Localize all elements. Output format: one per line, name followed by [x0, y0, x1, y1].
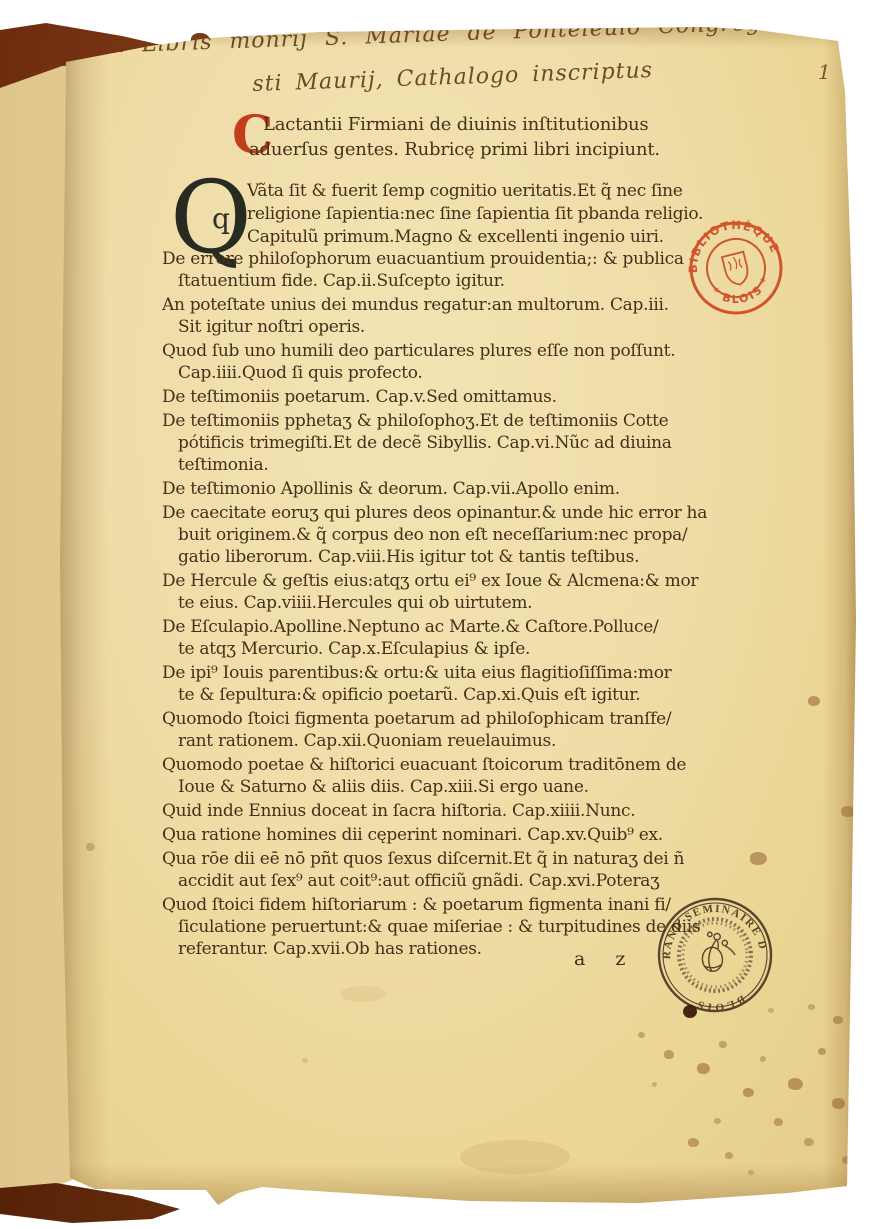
chapter-entry-line: teſtimonia.: [162, 454, 707, 476]
chapter-entry-line: De teſtimoniis poetarum. Cap.v.Sed omitt…: [162, 386, 707, 408]
foxing-spot: [688, 1138, 699, 1147]
chapter-entry: An poteſtate unius dei mundus regatur:an…: [162, 294, 707, 338]
foxing-spot: [768, 1008, 774, 1013]
stain: [750, 852, 767, 865]
seminary-stamp-icon: GRAND SÉMINAIRE DE BLOIS: [647, 887, 783, 1023]
foxing-spot: [842, 1156, 851, 1164]
chapter-entry-line: te eius. Cap.viiii.Hercules qui ob uirtu…: [162, 592, 707, 614]
chapter-entry: Qua ratione homines dii cęperint nominar…: [162, 824, 707, 846]
chapter-entry-line: gatio liberorum. Cap.viii.His igitur tot…: [162, 546, 707, 568]
rubric-line2: aduerſus gentes. Rubricę primi libri inc…: [249, 139, 660, 160]
chapter-entry: Quomodo ſtoici figmenta poetarum ad phil…: [162, 708, 707, 752]
chapter-entry: De caecitate eoruʒ qui plures deos opina…: [162, 502, 707, 568]
foxing-spot: [714, 1118, 721, 1124]
chapter-entry-line: Quod ſtoici fidem hiſtoriarum : & poetar…: [162, 894, 707, 916]
chapter-entry: De teſtimoniis poetarum. Cap.v.Sed omitt…: [162, 386, 707, 408]
library-stamp-text-bottom: * BLOIS *: [707, 271, 778, 313]
foxing-spot: [808, 1004, 815, 1010]
foxing-spot: [760, 1056, 766, 1062]
chapter-entry: De errore philoſophorum euacuantium prou…: [162, 248, 707, 292]
chapter-entry-line: Ioue & Saturno & aliis diis. Cap.xiii.Si…: [162, 776, 707, 798]
guide-letter: q: [212, 202, 230, 235]
chapter-entry: Quod ſub uno humili deo particulares plu…: [162, 340, 707, 384]
chapter-entry-line: Sit igitur noſtri operis.: [162, 316, 707, 338]
water-stain: [460, 1140, 570, 1174]
foxing-spot: [652, 1082, 657, 1087]
book-photo: Ex Libris monrij S. Mariae de Ponteleuio…: [0, 0, 886, 1229]
wreath-icon: [675, 915, 754, 994]
ink-blot: [683, 1005, 697, 1018]
handwritten-ex-libris-line2: sti Maurij, Cathalogo inscriptus: [252, 58, 653, 97]
chapter-entry-line: rant rationem. Cap.xii.Quoniam reuelauim…: [162, 730, 707, 752]
chapter-entry-line: De errore philoſophorum euacuantium prou…: [162, 248, 707, 270]
seminary-stamp-text-bottom: BLOIS: [692, 992, 748, 1016]
svg-text:* BLOIS *: * BLOIS *: [707, 271, 778, 313]
svg-text:BLOIS: BLOIS: [692, 992, 748, 1016]
chapter-entry: Quid inde Ennius doceat in ſacra hiſtori…: [162, 800, 707, 822]
book-page: Ex Libris monrij S. Mariae de Ponteleuio…: [0, 0, 886, 1229]
foxing-spot: [788, 1078, 803, 1090]
foxing-spot: [832, 1098, 845, 1109]
chapter-entry-line: Quomodo ſtoici figmenta poetarum ad phil…: [162, 708, 707, 730]
foxing-spot: [638, 1032, 645, 1038]
foxing-spot: [664, 1050, 674, 1059]
foxing-spot: [774, 1118, 783, 1126]
stain: [86, 843, 95, 851]
floral-emblem-icon: [700, 930, 737, 972]
foxing-spot: [697, 1063, 710, 1074]
shield-icon: [722, 252, 751, 287]
chapter-list: De errore philoſophorum euacuantium prou…: [162, 248, 707, 962]
rubric-line1: Lactantii Firmiani de diuinis inſtitutio…: [263, 114, 648, 135]
chapter-entry-line: De teſtimonio Apollinis & deorum. Cap.vi…: [162, 478, 707, 500]
stain: [808, 696, 820, 706]
foxing-spot: [833, 1016, 843, 1024]
foxing-spot: [804, 1138, 814, 1146]
chapter-entry: De ipi⁹ Iouis parentibus:& ortu:& uita e…: [162, 662, 707, 706]
handwritten-folio-number: 1: [818, 60, 831, 84]
foxing-spot: [725, 1152, 733, 1159]
chapter-entry-line: te & ſepultura:& opificio poetarũ. Cap.x…: [162, 684, 707, 706]
chapter-entry-line: De teſtimoniis pphetaʒ & philoſophoʒ.Et …: [162, 410, 707, 432]
chapter-entry-line: De caecitate eoruʒ qui plures deos opina…: [162, 502, 707, 524]
chapter-entry: Qua rōe dii eē nō pñt quos ſexus diſcern…: [162, 848, 707, 892]
foxing-spot: [719, 1041, 727, 1048]
chapter-entry-line: De ipi⁹ Iouis parentibus:& ortu:& uita e…: [162, 662, 707, 684]
chapter-entry: De teſtimoniis pphetaʒ & philoſophoʒ.Et …: [162, 410, 707, 476]
chapter-entry: De Hercule & geſtis eius:atqʒ ortu ei⁹ e…: [162, 570, 707, 614]
page-edge-bottom: [66, 1164, 850, 1206]
incipit-paragraph: Vãta ſit & fuerit ſemp cognitio ueritati…: [247, 180, 703, 249]
chapter-entry-line: Quomodo poetae & hiſtorici euacuant ſtoi…: [162, 754, 707, 776]
chapter-entry-line: pótificis trimegiſti.Et de decẽ Sibyllis…: [162, 432, 707, 454]
chapter-entry-line: De Hercule & geſtis eius:atqʒ ortu ei⁹ e…: [162, 570, 707, 592]
foxing-spot: [748, 1170, 754, 1175]
foxing-spot: [743, 1088, 754, 1097]
chapter-entry-line: ſiculatione peruertunt:& quae miſeriae :…: [162, 916, 707, 938]
chapter-entry-line: De Eſculapio.Apolline.Neptuno ac Marte.&…: [162, 616, 707, 638]
chapter-entry: De Eſculapio.Apolline.Neptuno ac Marte.&…: [162, 616, 707, 660]
chapter-entry-line: ſtatuentium fide. Cap.ii.Suſcepto igitur…: [162, 270, 707, 292]
chapter-entry-line: Quod ſub uno humili deo particulares plu…: [162, 340, 707, 362]
water-stain: [340, 986, 386, 1002]
chapter-entry-line: Quid inde Ennius doceat in ſacra hiſtori…: [162, 800, 707, 822]
chapter-entry-line: Qua ratione homines dii cęperint nominar…: [162, 824, 707, 846]
chapter-entry-line: Cap.iiii.Quod ſi quis profecto.: [162, 362, 707, 384]
chapter-entry-line: accidit aut ſex⁹ aut coit⁹:aut officiũ g…: [162, 870, 707, 892]
chapter-entry-line: An poteſtate unius dei mundus regatur:an…: [162, 294, 707, 316]
chapter-entry-line: te atqʒ Mercurio. Cap.x.Eſculapius & ipſ…: [162, 638, 707, 660]
signature-mark: a z: [574, 948, 625, 970]
incipit-line: Vãta ſit & fuerit ſemp cognitio ueritati…: [247, 180, 703, 203]
stain: [841, 806, 855, 817]
incipit-line: Capitulũ primum.Magno & excellenti ingen…: [247, 226, 703, 249]
chapter-entry-line: Qua rōe dii eē nō pñt quos ſexus diſcern…: [162, 848, 707, 870]
foxing-spot: [818, 1048, 826, 1055]
chapter-entry-line: buit originem.& q̃ corpus deo non eſt ne…: [162, 524, 707, 546]
chapter-entry: De teſtimonio Apollinis & deorum. Cap.vi…: [162, 478, 707, 500]
gutter-shadow: [60, 27, 108, 1192]
stain: [302, 1058, 308, 1063]
incipit-line: religione ſapientia:nec ſine ſapientia ſ…: [247, 203, 703, 226]
chapter-entry: Quomodo poetae & hiſtorici euacuant ſtoi…: [162, 754, 707, 798]
